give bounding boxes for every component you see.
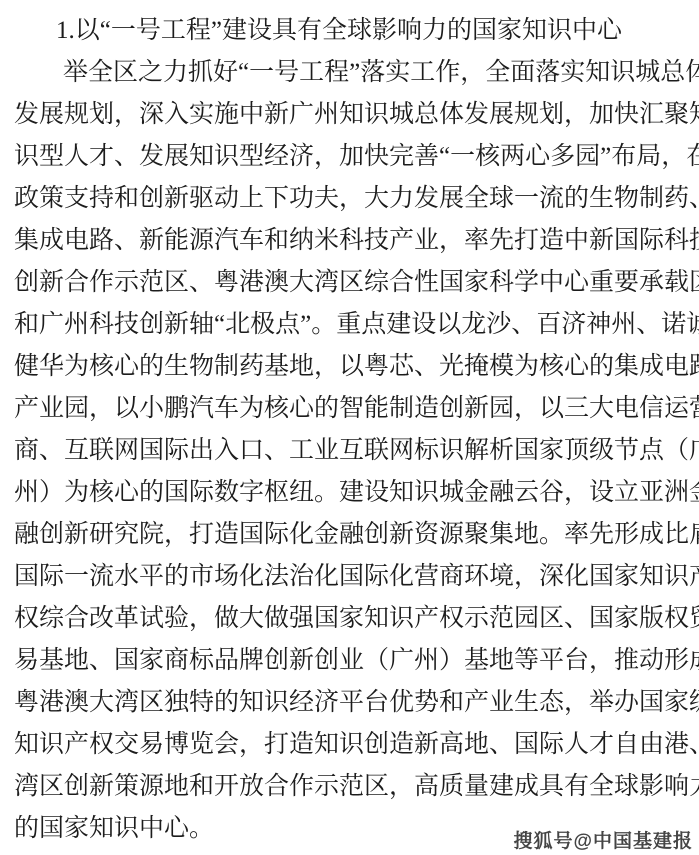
text-line-6: 创新合作示范区、粤港澳大湾区综合性国家科学中心重要承载区 bbox=[14, 262, 685, 304]
text-line-2: 发展规划，深入实施中新广州知识城总体发展规划，加快汇聚知 bbox=[14, 94, 685, 136]
text-line-14: 权综合改革试验，做大做强国家知识产权示范园区、国家版权贸 bbox=[14, 598, 685, 640]
paragraph: 举全区之力抓好“一号工程”落实工作，全面落实知识城总体发展规划，深入实施中新广州… bbox=[14, 52, 685, 850]
text-line-1: 举全区之力抓好“一号工程”落实工作，全面落实知识城总体 bbox=[14, 52, 685, 94]
text-line-9: 产业园，以小鹏汽车为核心的智能制造创新园，以三大电信运营 bbox=[14, 388, 685, 430]
text-line-13: 国际一流水平的市场化法治化国际化营商环境，深化国家知识产 bbox=[14, 556, 685, 598]
section-heading: 1.以“一号工程”建设具有全球影响力的国家知识中心 bbox=[14, 10, 685, 52]
text-line-11: 州）为核心的国际数字枢纽。建设知识城金融云谷，设立亚洲金 bbox=[14, 472, 685, 514]
text-line-4: 政策支持和创新驱动上下功夫，大力发展全球一流的生物制药、 bbox=[14, 178, 685, 220]
text-line-18: 湾区创新策源地和开放合作示范区，高质量建成具有全球影响力 bbox=[14, 766, 685, 808]
text-line-17: 知识产权交易博览会，打造知识创造新高地、国际人才自由港、 bbox=[14, 724, 685, 766]
text-line-10: 商、互联网国际出入口、工业互联网标识解析国家顶级节点（广 bbox=[14, 430, 685, 472]
text-line-12: 融创新研究院，打造国际化金融创新资源聚集地。率先形成比肩 bbox=[14, 514, 685, 556]
text-line-8: 健华为核心的生物制药基地，以粤芯、光掩模为核心的集成电路 bbox=[14, 346, 685, 388]
document-page: 1.以“一号工程”建设具有全球影响力的国家知识中心 举全区之力抓好“一号工程”落… bbox=[0, 0, 699, 855]
text-line-16: 粤港澳大湾区独特的知识经济平台优势和产业生态，举办国家级 bbox=[14, 682, 685, 724]
text-line-7: 和广州科技创新轴“北极点”。重点建设以龙沙、百济神州、诺诚 bbox=[14, 304, 685, 346]
text-line-5: 集成电路、新能源汽车和纳米科技产业，率先打造中新国际科技 bbox=[14, 220, 685, 262]
text-line-3: 识型人才、发展知识型经济，加快完善“一核两心多园”布局，在 bbox=[14, 136, 685, 178]
sohu-watermark: 搜狐号@中国基建报 bbox=[513, 826, 693, 853]
text-line-15: 易基地、国家商标品牌创新创业（广州）基地等平台，推动形成 bbox=[14, 640, 685, 682]
